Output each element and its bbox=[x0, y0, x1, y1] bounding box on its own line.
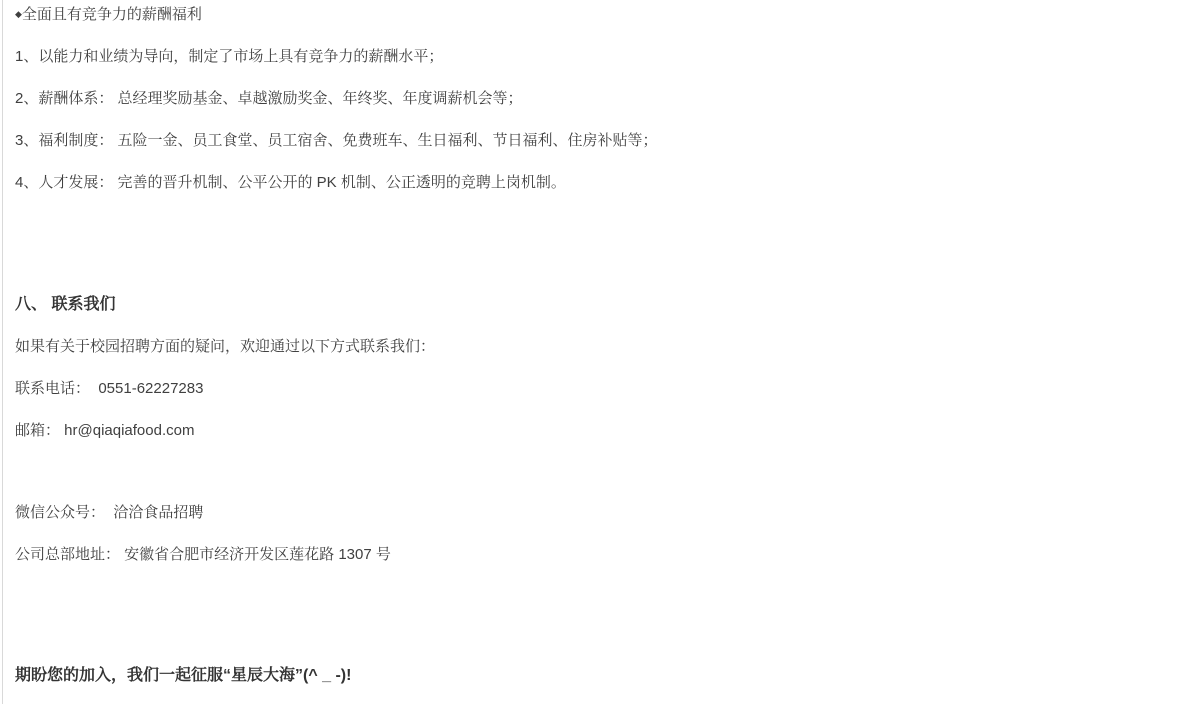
contact-intro: 如果有关于校园招聘方面的疑问，欢迎通过以下方式联系我们： bbox=[15, 339, 1165, 355]
benefit-item-4: 4、人才发展： 完善的晋升机制、公平公开的 PK 机制、公正透明的竞聘上岗机制。 bbox=[15, 175, 1165, 191]
closing-line: 期盼您的加入，我们一起征服“星辰大海”(^ _ -)! bbox=[15, 668, 1165, 684]
document-page: { "colors": { "background": "#ffffff", "… bbox=[0, 0, 1185, 704]
content-left-border bbox=[2, 0, 3, 704]
contact-wechat-line: 微信公众号： 洽洽食品招聘 bbox=[15, 505, 1165, 521]
benefit-item-2: 2、薪酬体系： 总经理奖励基金、卓越激励奖金、年终奖、年度调薪机会等； bbox=[15, 91, 1165, 107]
diamond-bullet-icon: ◆ bbox=[15, 9, 22, 19]
paragraph-spacer bbox=[15, 465, 1165, 505]
document-content: ◆全面且有竞争力的薪酬福利 1、以能力和业绩为导向，制定了市场上具有竞争力的薪酬… bbox=[15, 6, 1165, 704]
contact-address-line: 公司总部地址： 安徽省合肥市经济开发区莲花路 1307 号 bbox=[15, 547, 1165, 563]
benefits-heading: ◆全面且有竞争力的薪酬福利 bbox=[15, 6, 1165, 23]
closing-spacer bbox=[15, 589, 1165, 668]
benefits-heading-text: 全面且有竞争力的薪酬福利 bbox=[22, 6, 202, 23]
section-spacer bbox=[15, 217, 1165, 297]
contact-phone-line: 联系电话： 0551-62227283 bbox=[15, 381, 1165, 397]
contact-section-heading: 八、 联系我们 bbox=[15, 297, 1165, 313]
benefit-item-1: 1、以能力和业绩为导向，制定了市场上具有竞争力的薪酬水平； bbox=[15, 49, 1165, 65]
benefit-item-3: 3、福利制度： 五险一金、员工食堂、员工宿舍、免费班车、生日福利、节日福利、住房… bbox=[15, 133, 1165, 149]
contact-email-line: 邮箱： hr@qiaqiafood.com bbox=[15, 423, 1165, 439]
